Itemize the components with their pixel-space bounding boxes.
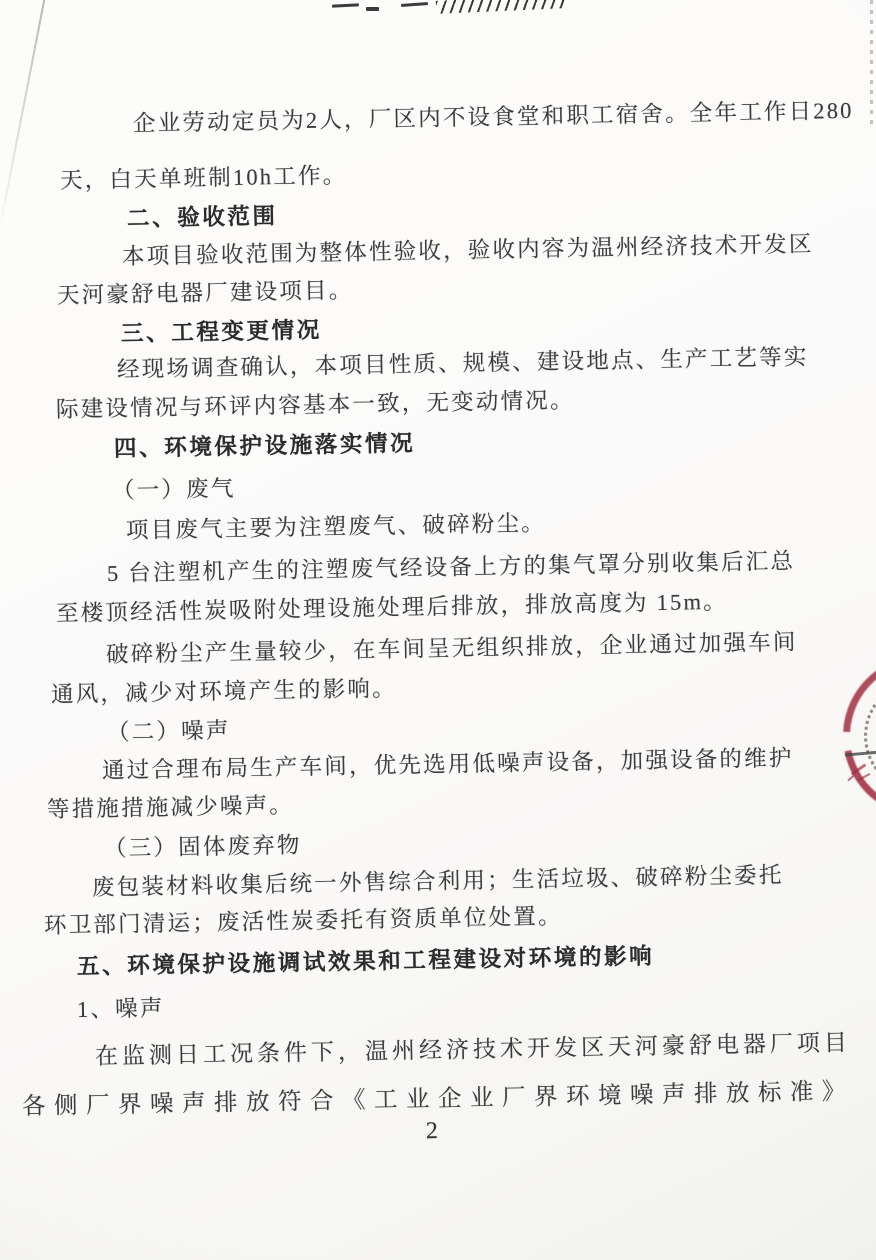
paragraph-line: 在监测日工况条件下，温州经济技术开发区天河豪舒电器厂项目 bbox=[95, 1024, 851, 1071]
paragraph-line: 环卫部门清运；废活性炭委托有资质单位处置。 bbox=[44, 898, 563, 939]
paragraph-line: 天，白天单班制10h工作。 bbox=[60, 158, 348, 195]
scan-artifact-dash bbox=[401, 2, 428, 7]
paper-edge-line bbox=[0, 0, 46, 232]
paragraph-line: 天河豪舒电器厂建设项目。 bbox=[57, 273, 354, 310]
paragraph-line: 废包装材料收集后统一外售综合利用；生活垃圾、破碎粉尘委托 bbox=[92, 857, 784, 902]
paper-edge-ticks bbox=[870, 0, 873, 128]
subheading-noise: （二）噪声 bbox=[107, 713, 231, 747]
subheading-solid-waste: （三）固体废弃物 bbox=[104, 827, 302, 863]
heading-acceptance-scope: 二、验收范围 bbox=[127, 198, 278, 233]
scan-artifact-dash bbox=[332, 3, 359, 7]
paragraph-line: 破碎粉尘产生量较少，在车间呈无组织排放，企业通过加强车间 bbox=[106, 624, 798, 669]
paragraph-line: 本项目验收范围为整体性验收，验收内容为温州经济技术开发区 bbox=[122, 226, 814, 271]
paragraph-line: 5 台注塑机产生的注塑废气经设备上方的集气罩分别收集后汇总 bbox=[107, 543, 796, 588]
paragraph-line: 企业劳动定员为2人，厂区内不设食堂和职工宿舍。全年工作日280 bbox=[133, 93, 854, 138]
paragraph-line: 通过合理布局生产车间，优先选用低噪声设备，加强设备的维护 bbox=[102, 740, 794, 785]
heading-project-changes: 三、工程变更情况 bbox=[121, 312, 322, 348]
scanned-document-page: 企业劳动定员为2人，厂区内不设食堂和职工宿舍。全年工作日280 天，白天单班制1… bbox=[0, 0, 876, 1260]
heading-env-protection-implementation: 四、环境保护设施落实情况 bbox=[114, 425, 416, 463]
scan-artifact-hatch-strokes bbox=[436, 0, 566, 14]
subheading-waste-gas: （一）废气 bbox=[112, 471, 236, 505]
paragraph-line: 际建设情况与环评内容基本一致，无变动情况。 bbox=[56, 382, 575, 423]
paragraph-line: 至楼顶经活性炭吸附处理设施处理后排放，排放高度为 15m。 bbox=[56, 584, 728, 628]
heading-env-effects: 五、环境保护设施调试效果和工程建设对环境的影响 bbox=[77, 938, 655, 981]
paragraph-line: 项目废气主要为注塑废气、破碎粉尘。 bbox=[126, 505, 546, 545]
paragraph-line: 等措施措施减少噪声。 bbox=[47, 787, 295, 824]
scan-artifact-dash bbox=[366, 7, 379, 11]
official-seal-stamp bbox=[843, 650, 876, 820]
paragraph-line: 通风，减少对环境产生的影响。 bbox=[51, 671, 397, 709]
subheading-noise-item: 1、噪声 bbox=[77, 990, 165, 1024]
